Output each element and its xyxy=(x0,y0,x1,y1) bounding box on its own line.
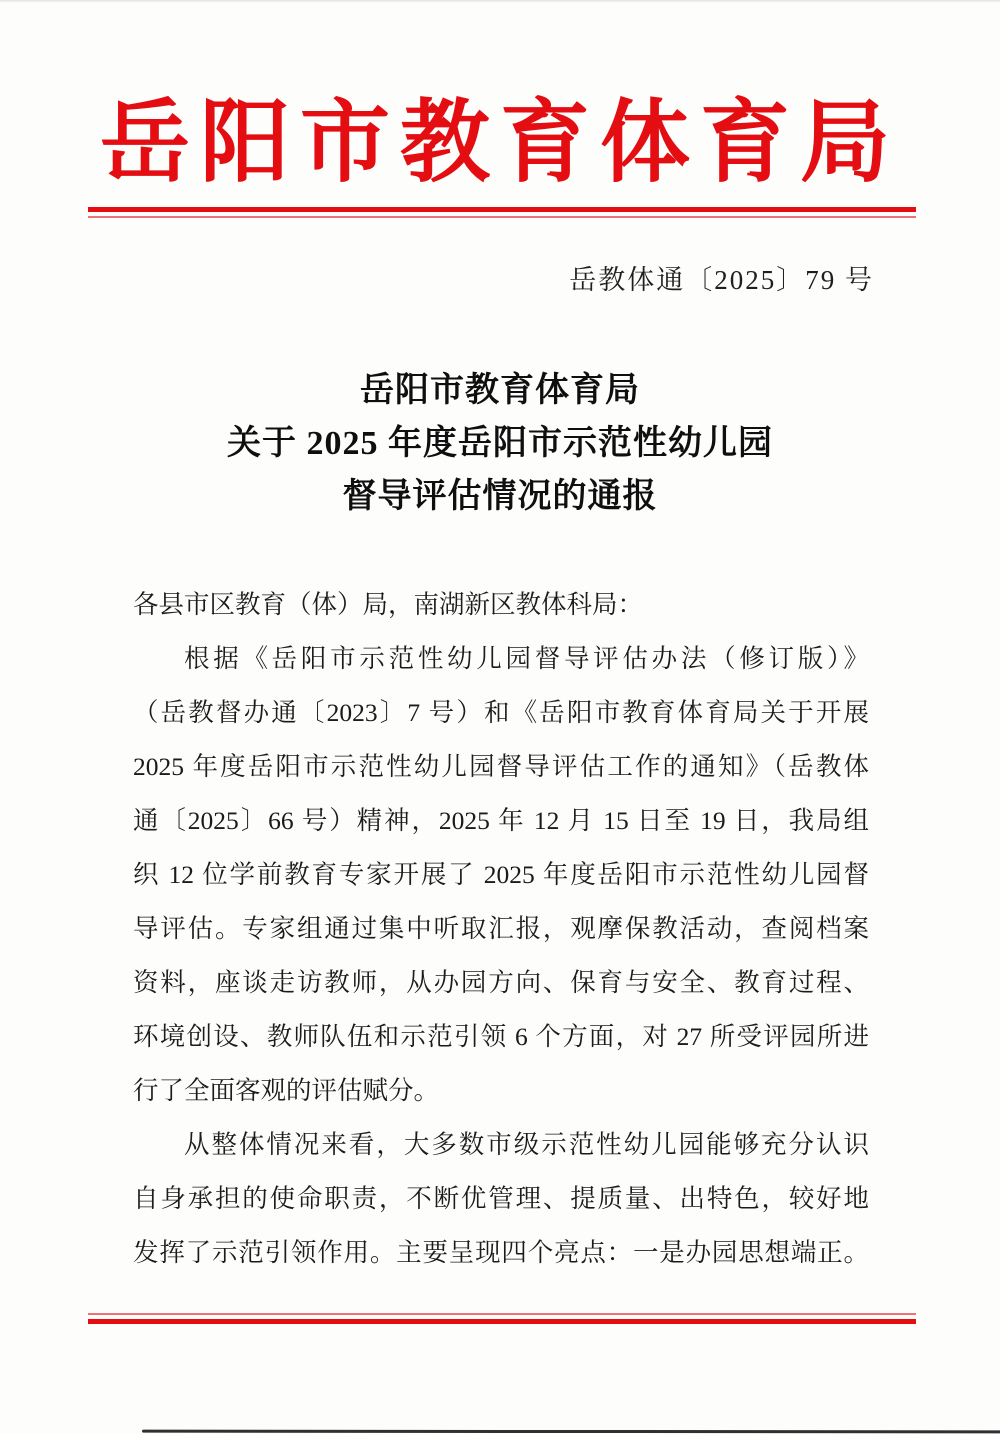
title-line-3: 督导评估情况的通报 xyxy=(0,470,1000,523)
body-line-salutation: 各县市区教育（体）局，南湖新区教体科局： xyxy=(133,578,869,632)
body-line: 2025 年度岳阳市示范性幼儿园督导评估工作的通知》（岳教体 xyxy=(133,740,869,794)
body-line: 发挥了示范引领作用。主要呈现四个亮点：一是办园思想端正。 xyxy=(133,1226,869,1280)
body-line: 通〔2025〕66 号）精神，2025 年 12 月 15 日至 19 日，我局… xyxy=(133,794,869,848)
header-divider-rule xyxy=(88,207,916,218)
body-line: 根据《岳阳市示范性幼儿园督导评估办法（修订版）》 xyxy=(133,632,869,686)
body-line: 行了全面客观的评估赋分。 xyxy=(133,1064,869,1118)
document-page: 岳阳市教育体育局 岳教体通〔2025〕79 号 岳阳市教育体育局 关于 2025… xyxy=(0,0,1000,1434)
footer-divider-rule xyxy=(88,1313,916,1324)
body-line: 导评估。专家组通过集中听取汇报，观摩保教活动，查阅档案 xyxy=(133,902,869,956)
title-line-2: 关于 2025 年度岳阳市示范性幼儿园 xyxy=(0,417,1000,470)
rule-thick-line xyxy=(88,1319,916,1324)
document-title: 岳阳市教育体育局 关于 2025 年度岳阳市示范性幼儿园 督导评估情况的通报 xyxy=(0,364,1000,523)
document-body: 各县市区教育（体）局，南湖新区教体科局： 根据《岳阳市示范性幼儿园督导评估办法（… xyxy=(133,578,869,1280)
agency-header-title: 岳阳市教育体育局 xyxy=(0,88,1000,200)
body-line: 织 12 位学前教育专家开展了 2025 年度岳阳市示范性幼儿园督 xyxy=(133,848,869,902)
rule-thin-line xyxy=(88,216,916,218)
body-line: （岳教督办通〔2023〕7 号）和《岳阳市教育体育局关于开展 xyxy=(133,686,869,740)
scan-shadow-bottom xyxy=(142,1430,1000,1434)
title-line-1: 岳阳市教育体育局 xyxy=(0,364,1000,417)
body-line: 从整体情况来看，大多数市级示范性幼儿园能够充分认识 xyxy=(133,1118,869,1172)
body-line: 资料，座谈走访教师，从办园方向、保育与安全、教育过程、 xyxy=(133,956,869,1010)
body-line: 环境创设、教师队伍和示范引领 6 个方面，对 27 所受评园所进 xyxy=(133,1010,869,1064)
document-number: 岳教体通〔2025〕79 号 xyxy=(569,263,874,297)
scan-edge-top xyxy=(0,0,1000,3)
body-line: 自身承担的使命职责，不断优管理、提质量、出特色，较好地 xyxy=(133,1172,869,1226)
